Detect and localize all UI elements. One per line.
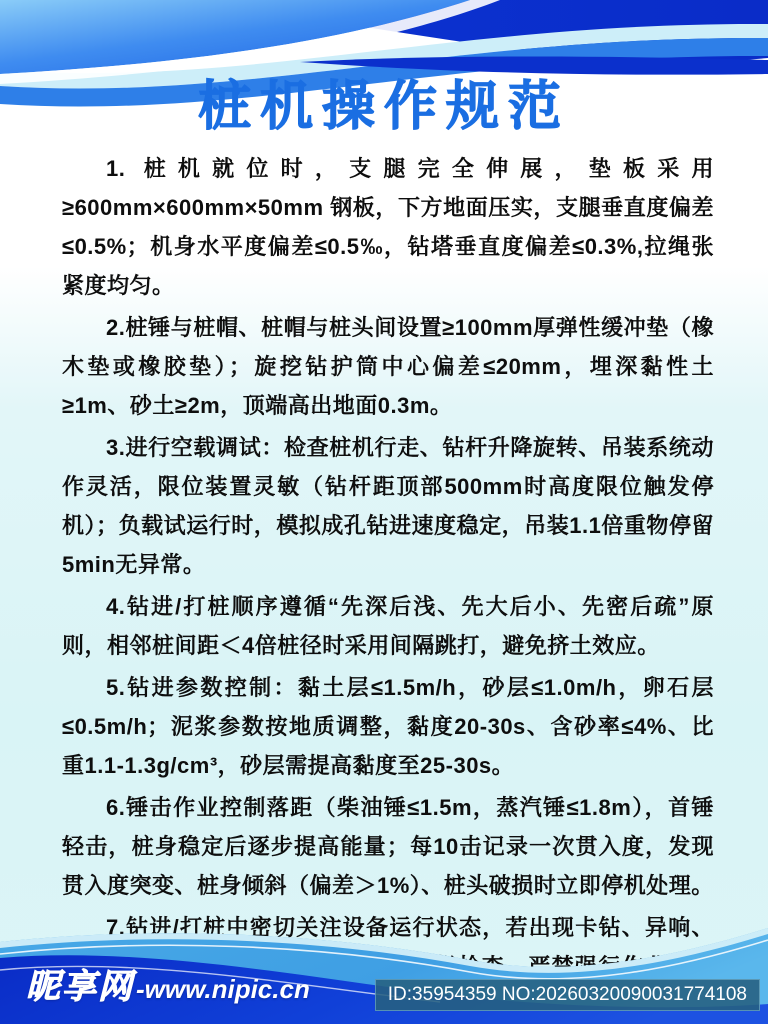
rule-paragraph-5: 5.钻进参数控制：黏土层≤1.5m/h，砂层≤1.0m/h，卵石层≤0.5m/h… — [62, 668, 714, 785]
watermark-site-name: 昵享网 — [26, 968, 134, 1006]
rules-list: 1. 桩机就位时，支腿完全伸展，垫板采用≥600mm×600mm×50mm 钢板… — [62, 149, 714, 1024]
rule-paragraph-2: 2.桩锤与桩帽、桩帽与桩头间设置≥100mm厚弹性缓冲垫（橡木垫或橡胶垫）；旋挖… — [62, 308, 714, 425]
page-title: 桩机操作规范 — [0, 64, 768, 140]
rule-paragraph-3: 3.进行空载调试：检查桩机行走、钻杆升降旋转、吊装系统动作灵活，限位装置灵敏（钻… — [62, 428, 714, 584]
rule-paragraph-6: 6.锤击作业控制落距（柴油锤≤1.5m，蒸汽锤≤1.8m），首锤轻击，桩身稳定后… — [62, 788, 714, 905]
pile-driver-rules-poster: 桩机操作规范 1. 桩机就位时，支腿完全伸展，垫板采用≥600mm×600mm×… — [0, 0, 768, 1024]
header-navy-shape — [0, 0, 768, 62]
watermark-url: -www.nipic.cn — [136, 974, 310, 1004]
rule-paragraph-4: 4.钻进/打桩顺序遵循“先深后浅、先大后小、先密后疏”原则，相邻桩间距＜4倍桩径… — [62, 587, 714, 665]
id-badge: ID:35954359 NO:20260320090031774108 — [375, 979, 760, 1011]
header-main-band — [0, 0, 470, 74]
watermark: 昵享网-www.nipic.cn — [26, 959, 310, 1008]
rule-paragraph-1: 1. 桩机就位时，支腿完全伸展，垫板采用≥600mm×600mm×50mm 钢板… — [62, 149, 714, 305]
